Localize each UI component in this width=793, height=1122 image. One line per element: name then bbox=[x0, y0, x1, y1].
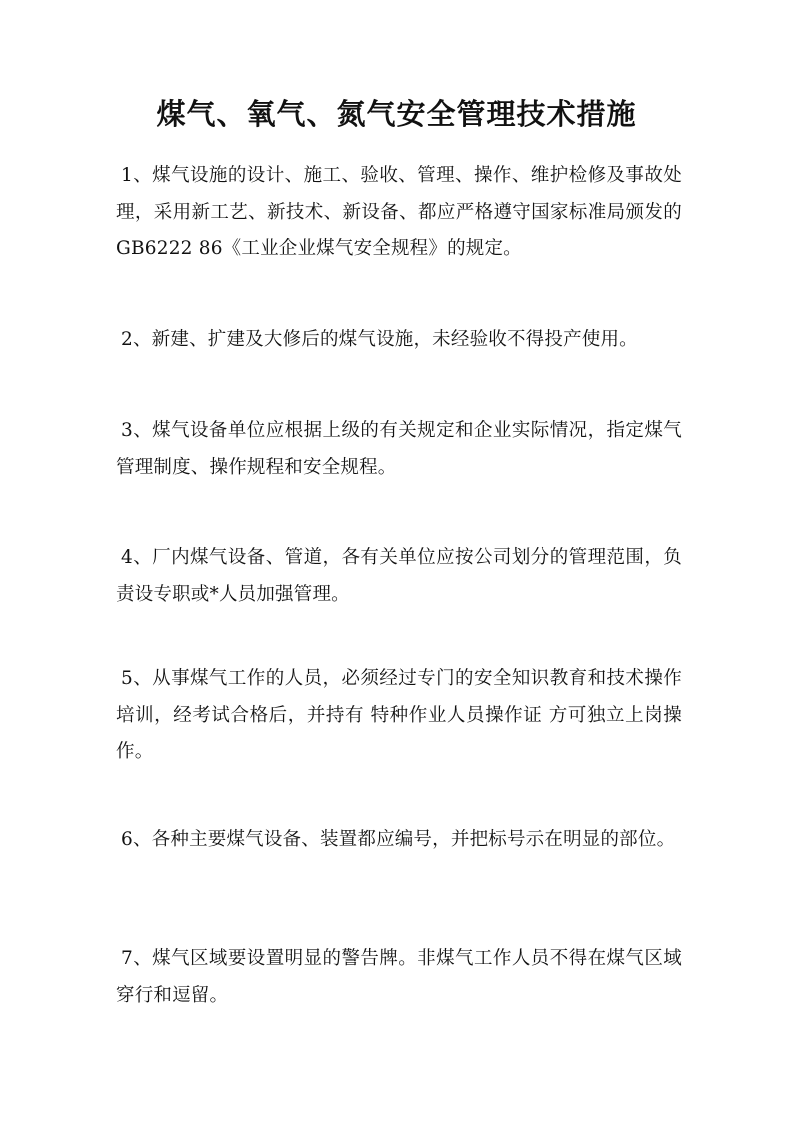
paragraph-1: 1、煤气设施的设计、施工、验收、管理、操作、维护检修及事故处理，采用新工艺、新技… bbox=[116, 158, 682, 268]
paragraph-3: 3、煤气设备单位应根据上级的有关规定和企业实际情况，指定煤气管理制度、操作规程和… bbox=[116, 413, 682, 486]
paragraph-2: 2、新建、扩建及大修后的煤气设施，未经验收不得投产使用。 bbox=[116, 322, 682, 359]
paragraph-7: 7、煤气区域要设置明显的警告牌。非煤气工作人员不得在煤气区域穿行和逗留。 bbox=[116, 941, 682, 1014]
paragraph-6: 6、各种主要煤气设备、装置都应编号，并把标号示在明显的部位。 bbox=[116, 822, 682, 859]
document-title: 煤气、氧气、氮气安全管理技术措施 bbox=[0, 94, 793, 134]
paragraph-5: 5、从事煤气工作的人员，必须经过专门的安全知识教育和技术操作培训，经考试合格后，… bbox=[116, 661, 682, 771]
paragraph-4: 4、厂内煤气设备、管道，各有关单位应按公司划分的管理范围，负责设专职或*人员加强… bbox=[116, 540, 682, 613]
